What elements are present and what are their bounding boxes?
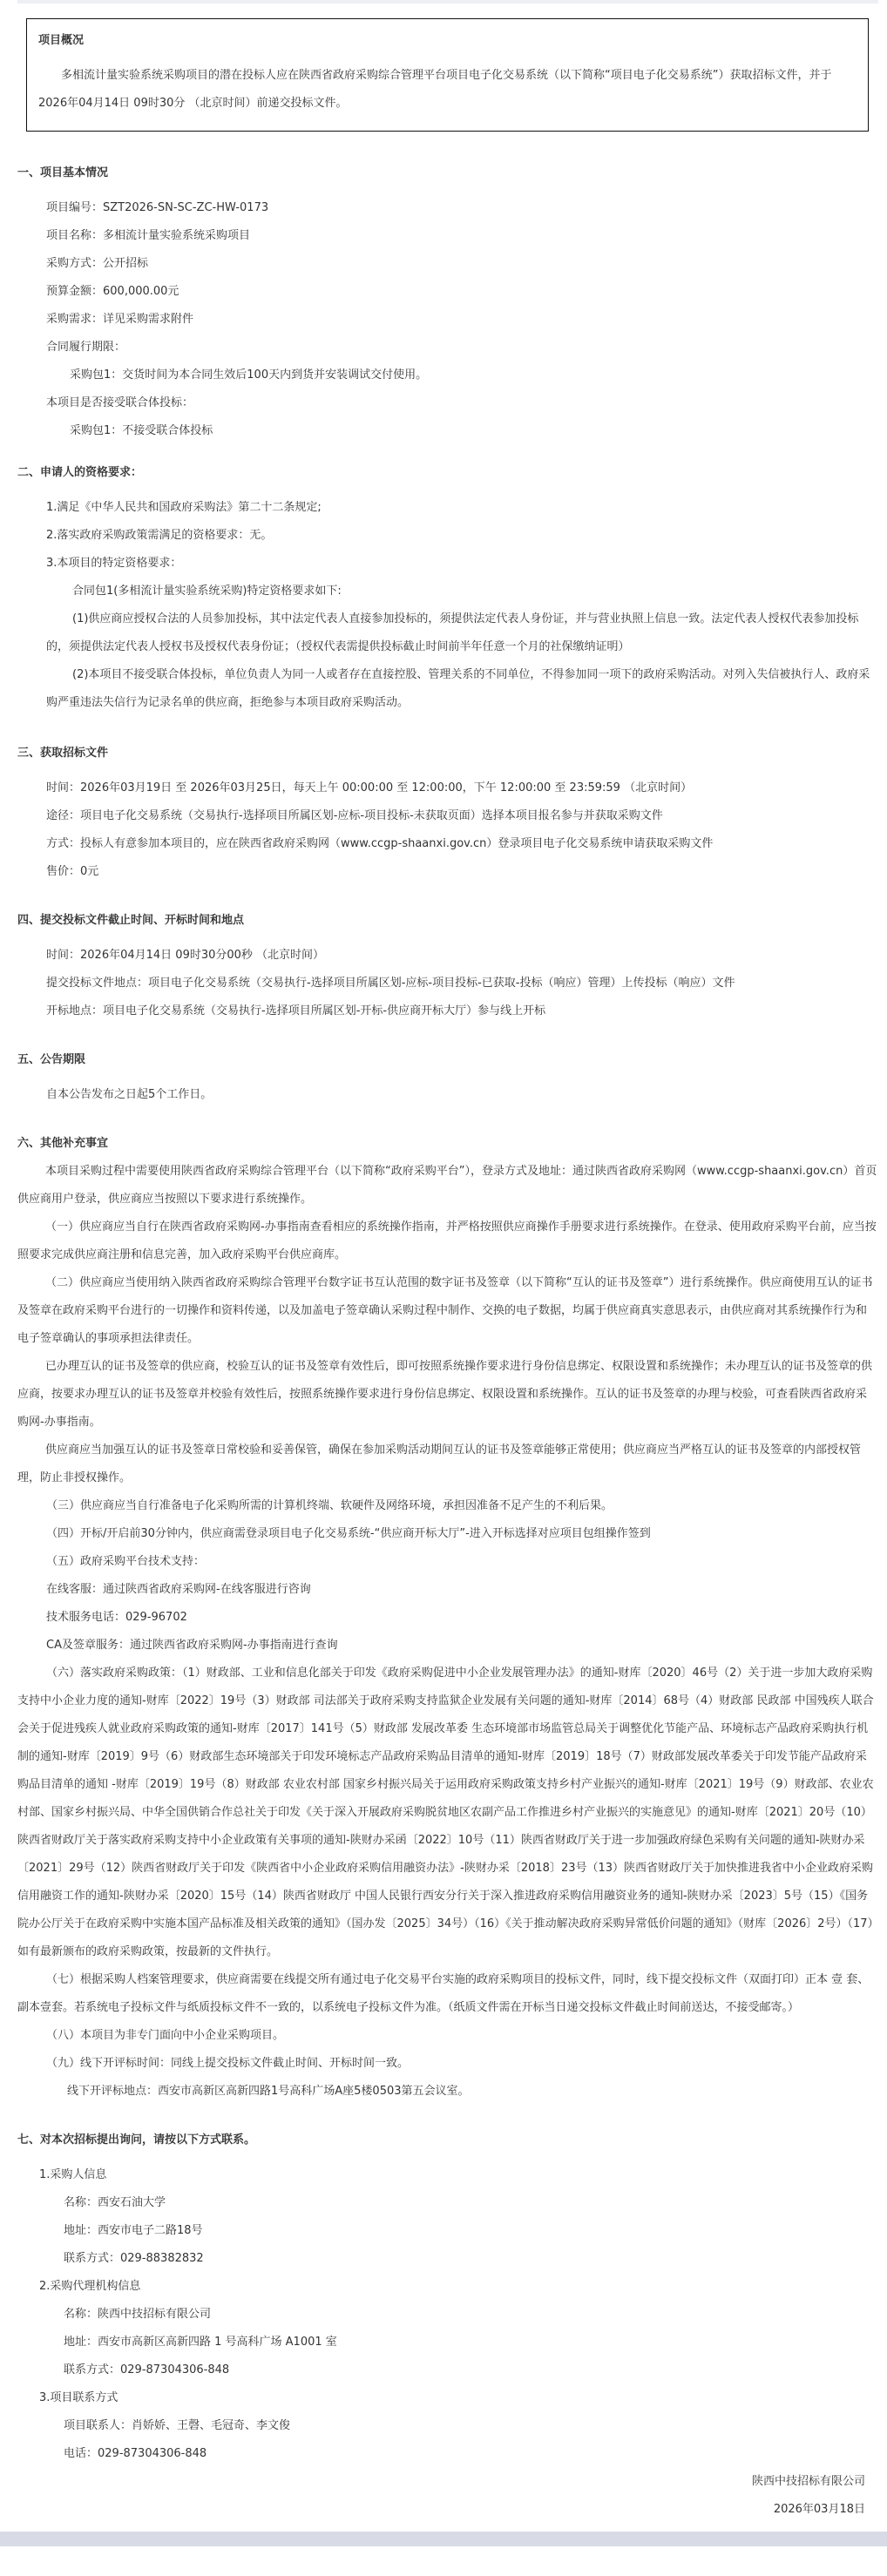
bottom-scroll-bar (0, 2532, 887, 2546)
special-requirement-1: (1)供应商应授权合法的人员参加投标，其中法定代表人直接参加投标的，须提供法定代… (17, 605, 877, 661)
section-title: 六、其他补充事宜 (17, 1137, 877, 1151)
offline-opening-place: 线下开评标地点：西安市高新区高新四路1号高科广场A座5楼0503第五会议室。 (17, 2085, 877, 2099)
budget-amount: 预算金额：600,000.00元 (17, 285, 877, 299)
agency-contact: 联系方式：029-87304306-848 (17, 2363, 877, 2377)
consortium-label: 本项目是否接受联合体投标： (17, 396, 877, 410)
agency-address: 地址：西安市高新区高新四路 1 号高科广场 A1001 室 (17, 2336, 877, 2350)
purchaser-name: 名称：西安石油大学 (17, 2196, 877, 2210)
supplementary-item-5: （五）政府采购平台技术支持： (17, 1555, 877, 1569)
obtain-route: 途径：项目电子化交易系统（交易执行-选择项目所属区划-应标-项目投标-未获取页面… (17, 809, 877, 823)
overview-body: 多相流计量实验系统采购项目的潜在投标人应在陕西省政府采购综合管理平台项目电子化交… (38, 62, 857, 118)
section-obtain-documents: 三、获取招标文件 时间：2026年03月19日 至 2026年03月25日，每天… (17, 747, 877, 879)
supplementary-intro: 本项目采购过程中需要使用陕西省政府采购综合管理平台（以下简称“政府采购平台”），… (17, 1158, 877, 1214)
opening-place: 开标地点：项目电子化交易系统（交易执行-选择项目所属区划-开标-供应商开标大厅）… (17, 1004, 877, 1018)
special-requirement-2: (2)本项目不接受联合体投标，单位负责人为同一人或者存在直接控股、管理关系的不同… (17, 661, 877, 717)
notice-period-text: 自本公告发布之日起5个工作日。 (17, 1088, 877, 1102)
announcement-document: 项目概况 多相流计量实验系统采购项目的潜在投标人应在陕西省政府采购综合管理平台项… (0, 18, 887, 2517)
supplementary-item-6-policies: （六）落实政府采购政策：（1）财政部、工业和信息化部关于印发《政府采购促进中小企… (17, 1660, 877, 1966)
supplementary-item-2c: 供应商应当加强互认的证书及签章日常校验和妥善保管，确保在参加采购活动期间互认的证… (17, 1437, 877, 1492)
procurement-requirement: 采购需求：详见采购需求附件 (17, 313, 877, 327)
section-supplementary: 六、其他补充事宜 本项目采购过程中需要使用陕西省政府采购综合管理平台（以下简称“… (17, 1137, 877, 2099)
project-contact-people: 项目联系人：肖娇娇、王磬、毛冠奇、李文俊 (17, 2419, 877, 2433)
top-scroll-strip (17, 0, 878, 3)
section-title: 五、公告期限 (17, 1053, 877, 1067)
contract-period-label: 合同履行期限： (17, 341, 877, 355)
submission-place: 提交投标文件地点：项目电子化交易系统（交易执行-选择项目所属区划-应标-项目投标… (17, 977, 877, 991)
project-name: 项目名称：多相流计量实验系统采购项目 (17, 229, 877, 243)
support-phone: 技术服务电话：029-96702 (17, 1611, 877, 1625)
obtain-method: 方式：投标人有意参加本项目的，应在陕西省政府采购网（www.ccgp-shaan… (17, 837, 877, 851)
purchaser-heading: 1.采购人信息 (17, 2168, 877, 2182)
section-title: 一、项目基本情况 (17, 166, 877, 180)
obtain-time: 时间：2026年03月19日 至 2026年03月25日，每天上午 00:00:… (17, 781, 877, 795)
contract-period-pkg1: 采购包1：交货时间为本合同生效后100天内到货并安装调试交付使用。 (17, 368, 877, 382)
section-qualifications: 二、申请人的资格要求： 1.满足《中华人民共和国政府采购法》第二十二条规定; 2… (17, 466, 877, 717)
section-title: 四、提交投标文件截止时间、开标时间和地点 (17, 914, 877, 928)
overview-title: 项目概况 (38, 34, 857, 48)
signature-company: 陕西中技招标有限公司 (17, 2475, 877, 2489)
project-overview-box: 项目概况 多相流计量实验系统采购项目的潜在投标人应在陕西省政府采购综合管理平台项… (26, 18, 869, 132)
signature-date: 2026年03月18日 (17, 2503, 877, 2517)
supplementary-item-1: （一）供应商应当自行在陕西省政府采购网-办事指南查看相应的系统操作指南，并严格按… (17, 1214, 877, 1269)
section-deadline-opening: 四、提交投标文件截止时间、开标时间和地点 时间：2026年04月14日 09时3… (17, 914, 877, 1018)
supplementary-item-3: （三）供应商应当自行准备电子化采购所需的计算机终端、软硬件及网络环境，承担因准备… (17, 1499, 877, 1513)
section-contacts: 七、对本次招标提出询问，请按以下方式联系。 1.采购人信息 名称：西安石油大学 … (17, 2133, 877, 2461)
project-contact-phone: 电话：029-87304306-848 (17, 2447, 877, 2461)
support-ca-service: CA及签章服务：通过陕西省政府采购网-办事指南进行查询 (17, 1639, 877, 1653)
qualification-item-2: 2.落实政府采购政策需满足的资格要求：无。 (17, 529, 877, 543)
project-number: 项目编号：SZT2026-SN-SC-ZC-HW-0173 (17, 201, 877, 215)
purchaser-contact: 联系方式：029-88382832 (17, 2252, 877, 2266)
agency-name: 名称：陕西中技招标有限公司 (17, 2308, 877, 2322)
supplementary-item-4: （四）开标/开启前30分钟内，供应商需登录项目电子化交易系统-“供应商开标大厅”… (17, 1527, 877, 1541)
section-notice-period: 五、公告期限 自本公告发布之日起5个工作日。 (17, 1053, 877, 1102)
section-title: 七、对本次招标提出询问，请按以下方式联系。 (17, 2133, 877, 2147)
supplementary-item-2b: 已办理互认的证书及签章的供应商，校验互认的证书及签章有效性后，即可按照系统操作要… (17, 1353, 877, 1437)
purchaser-address: 地址：西安市电子二路18号 (17, 2224, 877, 2238)
package-qualification-title: 合同包1(多相流计量实验系统采购)特定资格要求如下: (17, 585, 877, 598)
procurement-method: 采购方式：公开招标 (17, 257, 877, 271)
qualification-item-1: 1.满足《中华人民共和国政府采购法》第二十二条规定; (17, 501, 877, 515)
supplementary-item-7: （七）根据采购人档案管理要求，供应商需要在线提交所有通过电子化交易平台实施的政府… (17, 1966, 877, 2022)
section-title: 三、获取招标文件 (17, 747, 877, 761)
agency-heading: 2.采购代理机构信息 (17, 2280, 877, 2294)
document-price: 售价：0元 (17, 865, 877, 879)
supplementary-item-8: （八）本项目为非专门面向中小企业采购项目。 (17, 2029, 877, 2043)
section-title: 二、申请人的资格要求： (17, 466, 877, 480)
section-basic-info: 一、项目基本情况 项目编号：SZT2026-SN-SC-ZC-HW-0173 项… (17, 166, 877, 438)
supplementary-item-9: （九）线下开评标时间：同线上提交投标文件截止时间、开标时间一致。 (17, 2057, 877, 2071)
consortium-pkg1: 采购包1：不接受联合体投标 (17, 424, 877, 438)
project-contact-heading: 3.项目联系方式 (17, 2391, 877, 2405)
qualification-item-3: 3.本项目的特定资格要求： (17, 557, 877, 571)
deadline-time: 时间：2026年04月14日 09时30分00秒 （北京时间） (17, 949, 877, 963)
support-online-service: 在线客服：通过陕西省政府采购网-在线客服进行咨询 (17, 1583, 877, 1597)
signature-block: 陕西中技招标有限公司 2026年03月18日 (17, 2475, 877, 2517)
supplementary-item-2: （二）供应商应当使用纳入陕西省政府采购综合管理平台数字证书互认范围的数字证书及签… (17, 1269, 877, 1353)
